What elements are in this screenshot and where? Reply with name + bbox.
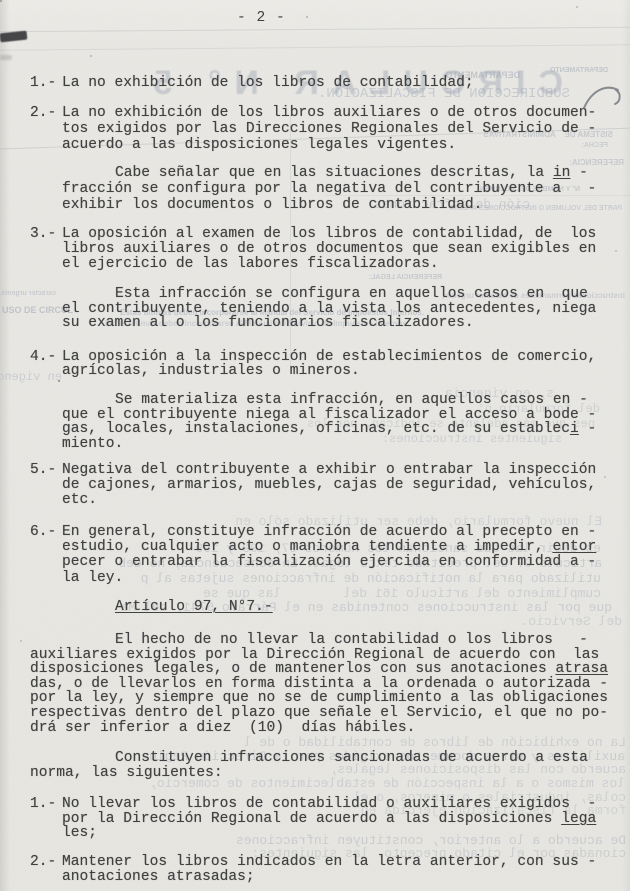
text-line: La no exhibición de los libros auxiliare… <box>62 105 596 121</box>
text-segment: por la ley, y siempre que no se de cumpl… <box>30 690 608 706</box>
paragraph: Se materializa esta infracción, en aquel… <box>62 393 596 452</box>
text-line: Artículo 97, N°7.- <box>115 600 273 615</box>
ink-smudge <box>0 31 27 43</box>
text-line: miento. <box>62 437 596 452</box>
text-line: les; <box>62 826 596 841</box>
paragraph: El hecho de no llevar la contabilidad o … <box>30 633 608 735</box>
text-segment: Negativa del contribuyente a exhibir o e… <box>62 462 596 478</box>
bleed-line <box>0 44 630 51</box>
underlined-text: atrasa <box>555 661 608 677</box>
text-line: su examen al o los funcionarios fiscaliz… <box>62 316 596 331</box>
ink-smudge <box>0 55 12 60</box>
text-line: Esta infracción se configura en aquellos… <box>62 287 596 302</box>
text-line: La oposición al examen de los libros de … <box>62 227 596 242</box>
text-segment: gas, locales, instalaciones, oficinas, e… <box>62 421 570 437</box>
underlined-text: in <box>553 165 571 181</box>
text-line: La oposición a la inspección de establec… <box>62 350 596 364</box>
text-segment: Mantener los libros indicados en la letr… <box>62 854 596 870</box>
text-line: Se materializa esta infracción, en aquel… <box>62 393 596 408</box>
text-line: el contribuyente, teniendo a la vista lo… <box>62 302 596 317</box>
text-line: Constituyen infracciones sancionadas de … <box>30 751 588 766</box>
text-line: anotaciones atrasadas; <box>62 870 596 885</box>
item-number: 1.- <box>30 797 56 812</box>
text-line: En general, constituye infracción de acu… <box>62 525 596 540</box>
text-segment: fracción se configura por la negativa de… <box>62 181 596 197</box>
underlined-text: Artículo 97, N°7.- <box>115 599 273 615</box>
text-segment: exhibir los documentos o libros de conta… <box>62 197 482 213</box>
text-segment: disposiciones legales, o de mantenerlos … <box>30 661 555 677</box>
text-segment: les; <box>62 825 97 841</box>
text-line: de cajones, armarios, muebles, cajas de … <box>62 478 596 493</box>
text-segment: tos exigidos por las Direcciones Regiona… <box>62 121 596 137</box>
text-segment: Cabe señalar que en las situaciones desc… <box>115 165 553 181</box>
text-segment: Constituyen infracciones sancionadas de … <box>115 750 588 766</box>
text-line: La no exhibición de los libros de contab… <box>62 76 474 91</box>
text-line: tos exigidos por las Direcciones Regiona… <box>62 121 596 137</box>
text-segment: La no exhibición de los libros de contab… <box>62 75 474 91</box>
text-segment: En general, constituye infracción de acu… <box>62 524 596 540</box>
text-segment: el ejercicio de las labores fiscalizador… <box>62 256 439 272</box>
item-number: 5.- <box>30 463 56 478</box>
text-segment: miento. <box>62 436 123 452</box>
list-item: 3.-La oposición al examen de los libros … <box>62 227 596 273</box>
text-segment: la ley. <box>62 570 123 586</box>
text-line: Mantener los libros indicados en la letr… <box>62 855 596 870</box>
text-segment: acuerdo a las disposiciones legales vige… <box>62 137 456 153</box>
text-line: El hecho de no llevar la contabilidad o … <box>30 633 608 648</box>
text-line: agrícolas, industriales o mineros. <box>62 364 596 378</box>
text-segment: La oposición al examen de los libros de … <box>62 226 596 242</box>
text-segment: respectivas dentro del plazo que señale … <box>30 705 608 721</box>
item-number: 2.- <box>30 105 56 121</box>
text-line: por la Dirección Regional de acuerdo a l… <box>62 812 596 827</box>
underlined-text: entor <box>552 539 596 555</box>
paragraph: Esta infracción se configura en aquellos… <box>62 287 596 331</box>
text-segment: El hecho de no llevar la contabilidad o … <box>115 632 588 648</box>
list-item: 1.-No llevar los libros de contabilidad … <box>62 797 596 841</box>
text-segment: pecer o entrabar la fiscalización ejerci… <box>62 554 596 570</box>
text-line: fracción se configura por la negativa de… <box>62 181 596 197</box>
text-segment: norma, las siguientes: <box>30 765 223 781</box>
text-line: el ejercicio de las labores fiscalizador… <box>62 257 596 272</box>
text-line: Negativa del contribuyente a exhibir o e… <box>62 463 596 478</box>
text-line: No llevar los libros de contabilidad o a… <box>62 797 596 812</box>
list-item: 1.-La no exhibición de los libros de con… <box>62 76 474 91</box>
text-line: respectivas dentro del plazo que señale … <box>30 706 608 721</box>
text-segment: de cajones, armarios, muebles, cajas de … <box>62 477 596 493</box>
item-number: 6.- <box>30 525 56 540</box>
text-line: etc. <box>62 493 596 508</box>
text-segment: por la Dirección Regional de acuerdo a l… <box>62 811 561 827</box>
text-line: disposiciones legales, o de mantenerlos … <box>30 662 608 677</box>
ghost-vigencia-left: en vigencia <box>0 370 62 384</box>
text-line: norma, las siguientes: <box>30 766 588 781</box>
list-item: 6.-En general, constituye infracción de … <box>62 525 596 586</box>
page-number: - 2 - <box>237 10 286 26</box>
scanned-page: DEPARTAMENTODEPARTAMENTOCIRCULAR N° 5SUB… <box>0 0 630 891</box>
text-segment: etc. <box>62 492 97 508</box>
text-segment: - <box>570 165 588 181</box>
item-number: 3.- <box>30 227 56 242</box>
underlined-text: i <box>570 421 579 437</box>
list-item: 2.-La no exhibición de los libros auxili… <box>62 105 596 153</box>
text-segment: su examen al o los funcionarios fiscaliz… <box>62 315 474 331</box>
scan-speckles <box>0 0 2 2</box>
section-heading: Artículo 97, N°7.- <box>115 600 273 615</box>
list-item: 4.-La oposición a la inspección de estab… <box>62 350 596 378</box>
text-line: Cabe señalar que en las situaciones desc… <box>62 165 596 181</box>
underlined-text: lega <box>561 811 596 827</box>
paragraph: Constituyen infracciones sancionadas de … <box>30 751 588 781</box>
text-segment: - <box>579 421 597 437</box>
text-line: por la ley, y siempre que no se de cumpl… <box>30 691 608 706</box>
text-segment: La no exhibición de los libros auxiliare… <box>62 105 596 121</box>
item-number: 4.- <box>30 350 56 364</box>
text-line: acuerdo a las disposiciones legales vige… <box>62 137 596 153</box>
text-segment: drá ser inferior a diez (10) días hábile… <box>30 720 415 736</box>
text-line: pecer o entrabar la fiscalización ejerci… <box>62 555 596 570</box>
text-line: drá ser inferior a diez (10) días hábile… <box>30 721 608 736</box>
text-segment: agrícolas, industriales o mineros. <box>62 363 360 379</box>
text-segment: Se materializa esta infracción, en aquel… <box>115 392 588 408</box>
bleed-line <box>0 27 630 32</box>
text-line: la ley. <box>62 571 596 586</box>
item-number: 2.- <box>30 855 56 870</box>
list-item: 5.-Negativa del contribuyente a exhibir … <box>62 463 596 509</box>
text-line: gas, locales, instalaciones, oficinas, e… <box>62 422 596 437</box>
text-line: auxiliares exigidos por la Dirección Reg… <box>30 648 608 663</box>
ghost-urgente-frag: carácter urgente, <box>0 290 56 297</box>
ghost-del-servicio: del Servicio. <box>510 614 622 629</box>
pen-squiggle-mark <box>578 78 628 118</box>
item-number: 1.- <box>30 76 56 91</box>
ghost-exhibicion-libros: La no exhibición de libros de contabilid… <box>200 735 626 750</box>
text-segment: anotaciones atrasadas; <box>62 869 255 885</box>
paragraph: Cabe señalar que en las situaciones desc… <box>62 165 596 213</box>
text-segment: libros auxiliares o de otros documentos … <box>62 241 596 257</box>
ghost-referencia-legal: REFERENCIA LEGAL: <box>330 274 442 281</box>
text-line: exhibir los documentos o libros de conta… <box>62 197 596 213</box>
text-segment: estudio, cualquier acto o maniobra tendi… <box>62 539 552 555</box>
list-item: 2.-Mantener los libros indicados en la l… <box>62 855 596 885</box>
